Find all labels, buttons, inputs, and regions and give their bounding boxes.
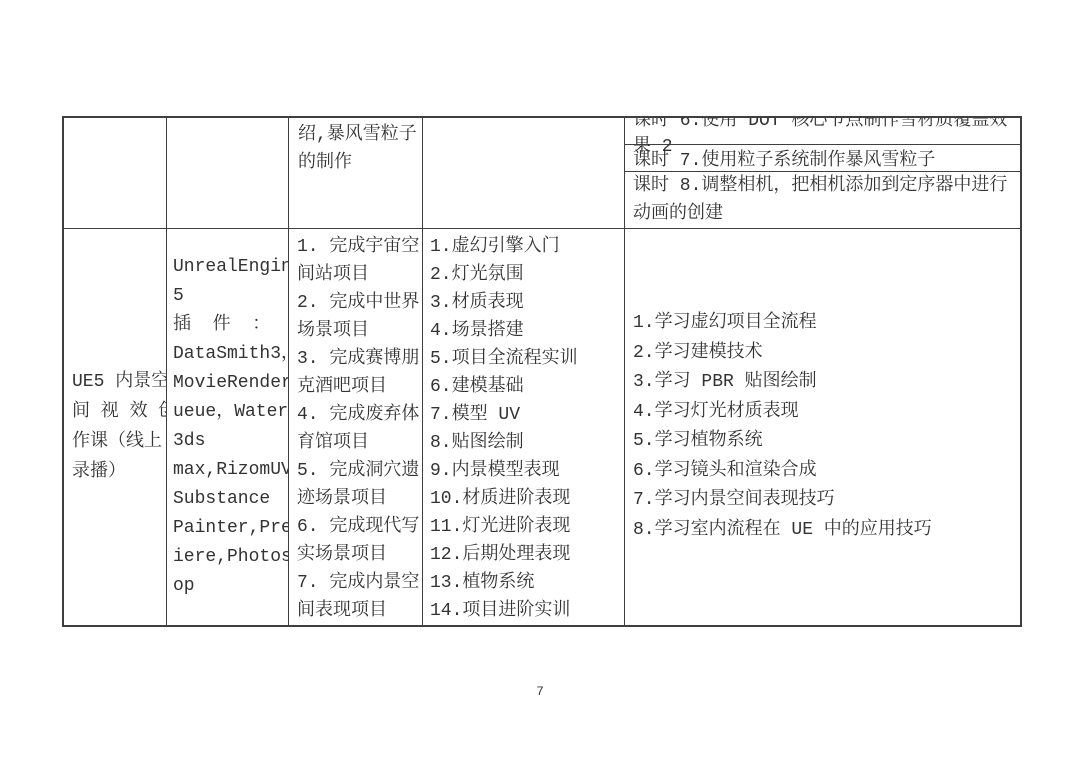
text-line: 4.学习灯光材质表现 — [633, 398, 1020, 428]
text-line: 2.学习建模技术 — [633, 339, 1020, 369]
cell-project-list: 1. 完成宇宙空 间站项目 2. 完成中世界 场景项目 3. 完成赛博朋 克酒吧… — [289, 229, 423, 625]
text-line: 间 视 效 创 — [72, 397, 162, 427]
text-line: 11.灯光进阶表现 — [430, 513, 622, 541]
text-line: DataSmith3， — [173, 340, 288, 369]
cell-modules-empty — [423, 118, 625, 228]
cell-course-name: UE5 内景空 间 视 效 创 作课（线上 录播） — [64, 229, 167, 625]
text-line: UnrealEngine — [173, 253, 288, 282]
text-line: 14.项目进阶实训 — [430, 597, 622, 625]
text-line: 的制作 — [298, 149, 418, 177]
text-line: 10.材质进阶表现 — [430, 485, 622, 513]
text-line: 6.建模基础 — [430, 373, 622, 401]
text-line: 1. 完成宇宙空 — [297, 233, 420, 261]
text-line: Painter,Prem — [173, 514, 288, 543]
page-number: 7 — [0, 684, 1080, 699]
text-line: 迹场景项目 — [297, 485, 420, 513]
text-line: 5.学习植物系统 — [633, 427, 1020, 457]
cell-software-list: UnrealEngine 5 插 件 ： DataSmith3， MovieRe… — [167, 229, 289, 625]
text-line: 2. 完成中世界 — [297, 289, 420, 317]
text-line: 12.后期处理表现 — [430, 541, 622, 569]
cell-module-list: 1.虚幻引擎入门 2.灯光氛围 3.材质表现 4.场景搭建 5.项目全流程实训 … — [423, 229, 625, 625]
text-line: 7.模型 UV — [430, 401, 622, 429]
text-line: Substance — [173, 485, 288, 514]
text-line: 3.学习 PBR 贴图绘制 — [633, 368, 1020, 398]
text-line: MovieRenderQ — [173, 369, 288, 398]
lesson-row-6: 课时 6.使用 DOT 核心节点制作雪材质覆盖效果 2 — [625, 118, 1020, 145]
cell-software-empty — [167, 118, 289, 228]
text-line: 8.贴图绘制 — [430, 429, 622, 457]
text-line: 13.植物系统 — [430, 569, 622, 597]
text-line: 3.材质表现 — [430, 289, 622, 317]
text-line: 9.内景模型表现 — [430, 457, 622, 485]
text-line: 1.学习虚幻项目全流程 — [633, 309, 1020, 339]
table-row-continuation: 绍,暴风雪粒子 的制作 课时 6.使用 DOT 核心节点制作雪材质覆盖效果 2 … — [64, 118, 1020, 229]
text-line: max,RizomUV, — [173, 456, 288, 485]
cell-production-intro: 绍,暴风雪粒子 的制作 — [289, 118, 423, 228]
lesson-text: 课时 8.调整相机，把相机添加到定序器中进行动画的创建 — [633, 173, 1016, 228]
text-line: 3. 完成赛博朋 — [297, 345, 420, 373]
text-line: 间站项目 — [297, 261, 420, 289]
text-line: 2.灯光氛围 — [430, 261, 622, 289]
text-line: 克酒吧项目 — [297, 373, 420, 401]
lesson-row-7: 课时 7.使用粒子系统制作暴风雪粒子 — [625, 145, 1020, 172]
text-line: 育馆项目 — [297, 429, 420, 457]
text-line: 6.学习镜头和渲染合成 — [633, 457, 1020, 487]
cell-course-name-empty — [64, 118, 167, 228]
text-line: iere,Photosh — [173, 543, 288, 572]
text-line: 作课（线上 — [72, 427, 162, 457]
text-line: 4.场景搭建 — [430, 317, 622, 345]
cell-lesson-list: 课时 6.使用 DOT 核心节点制作雪材质覆盖效果 2 课时 7.使用粒子系统制… — [625, 118, 1020, 228]
lesson-text: 课时 7.使用粒子系统制作暴风雪粒子 — [633, 145, 935, 171]
text-line: 7.学习内景空间表现技巧 — [633, 486, 1020, 516]
cell-outcome-list: 1.学习虚幻项目全流程 2.学习建模技术 3.学习 PBR 贴图绘制 4.学习灯… — [625, 229, 1020, 625]
text-line: 5.项目全流程实训 — [430, 345, 622, 373]
text-line: 8.学习室内流程在 UE 中的应用技巧 — [633, 516, 1020, 546]
text-line: 5 — [173, 282, 288, 311]
text-line: 实场景项目 — [297, 541, 420, 569]
text-line: 5. 完成洞穴遗 — [297, 457, 420, 485]
text-line: 4. 完成废弃体 — [297, 401, 420, 429]
text-line: 1.虚幻引擎入门 — [430, 233, 622, 261]
table-row-ue5-course: UE5 内景空 间 视 效 创 作课（线上 录播） UnrealEngine 5… — [64, 229, 1020, 625]
text-line: ueue，Water — [173, 398, 288, 427]
text-line: 间表现项目 — [297, 597, 420, 625]
text-line: op — [173, 572, 288, 601]
course-outline-table: 绍,暴风雪粒子 的制作 课时 6.使用 DOT 核心节点制作雪材质覆盖效果 2 … — [62, 116, 1022, 627]
text-line: 录播） — [72, 457, 162, 487]
text-line: 6. 完成现代写 — [297, 513, 420, 541]
lesson-row-8: 课时 8.调整相机，把相机添加到定序器中进行动画的创建 — [625, 172, 1020, 228]
text-line: 3ds — [173, 427, 288, 456]
text-line: 7. 完成内景空 — [297, 569, 420, 597]
text-line: 绍,暴风雪粒子 — [298, 121, 418, 149]
text-line: 场景项目 — [297, 317, 420, 345]
document-page: 绍,暴风雪粒子 的制作 课时 6.使用 DOT 核心节点制作雪材质覆盖效果 2 … — [0, 0, 1080, 764]
text-line: UE5 内景空 — [72, 367, 162, 397]
text-line: 插 件 ： — [173, 311, 288, 340]
